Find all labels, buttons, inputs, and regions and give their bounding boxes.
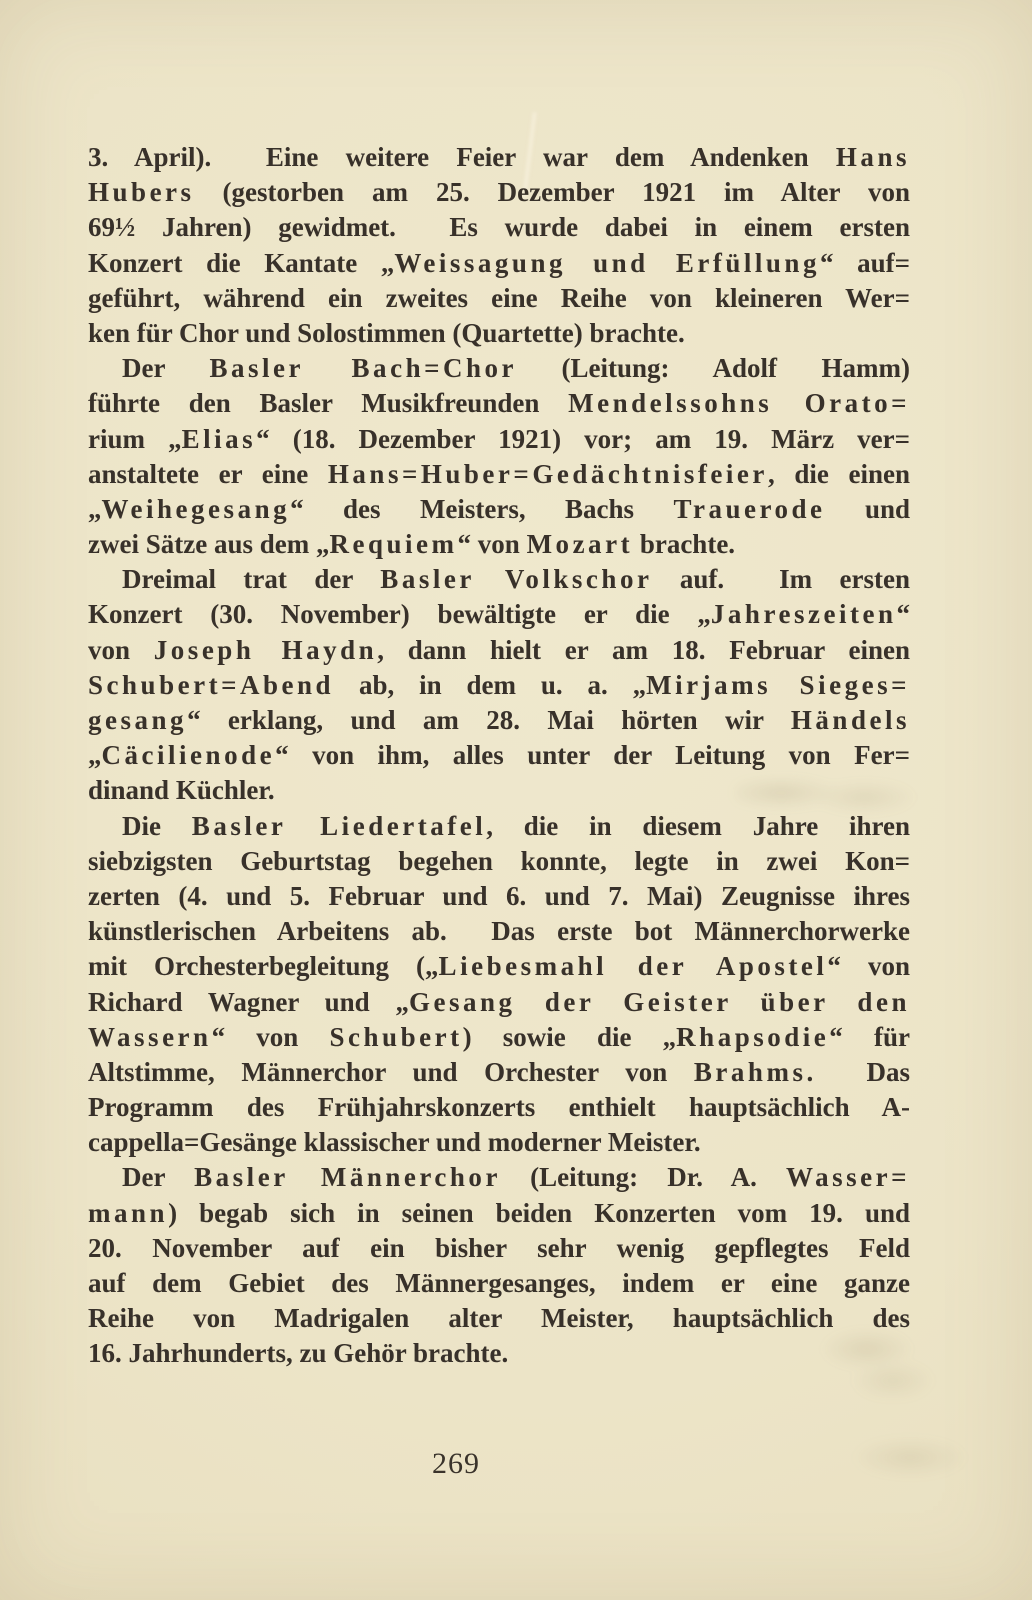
text-line: Die Basler Liedertafel, die in diesem Ja… bbox=[88, 809, 910, 844]
emphasized-text: Hans bbox=[836, 142, 910, 172]
text-block: 3. April). Eine weitere Feier war dem An… bbox=[88, 140, 910, 1372]
text-segment: Reihe von Madrigalen alter Meister, haup… bbox=[88, 1303, 910, 1333]
emphasized-text: Brahms bbox=[694, 1057, 807, 1087]
emphasized-text: Basler Männerchor bbox=[194, 1162, 501, 1192]
text-segment: “ erklang, und am 28. Mai hörten wir bbox=[187, 705, 791, 735]
text-segment: Der bbox=[122, 1162, 194, 1192]
text-segment: “ von bbox=[212, 1022, 330, 1052]
emphasized-text: Requiem bbox=[329, 529, 457, 559]
text-line: Der Basler Männerchor (Leitung: Dr. A. W… bbox=[88, 1160, 910, 1195]
emphasized-text: mann bbox=[88, 1198, 168, 1228]
text-line: rium „Elias“ (18. Dezember 1921) vor; am… bbox=[88, 422, 910, 457]
text-segment: mit Orchesterbegleitung („ bbox=[88, 951, 439, 981]
text-line: geführt, während ein zweites eine Reihe … bbox=[88, 281, 910, 316]
paragraph: Der Basler Bach=Chor (Leitung: Adolf Ham… bbox=[88, 351, 910, 562]
emphasized-text: Joseph Haydn bbox=[154, 635, 377, 665]
text-segment: Programm des Frühjahrskonzerts enthielt … bbox=[88, 1092, 910, 1122]
emphasized-text: Schubert=Abend bbox=[88, 670, 334, 700]
text-line: „Cäcilienode“ von ihm, alles unter der L… bbox=[88, 738, 910, 773]
text-segment: brachte. bbox=[633, 529, 735, 559]
text-line: ken für Chor und Solostimmen (Quartette)… bbox=[88, 316, 910, 351]
text-segment: (Leitung: Adolf Hamm) bbox=[517, 353, 910, 383]
paragraph: Dreimal trat der Basler Volkschor auf. I… bbox=[88, 562, 910, 808]
text-segment: “ von bbox=[458, 529, 527, 559]
text-line: von Joseph Haydn, dann hielt er am 18. F… bbox=[88, 633, 910, 668]
text-segment: auf. Im ersten bbox=[652, 564, 910, 594]
text-line: Altstimme, Männerchor und Orchester von … bbox=[88, 1055, 910, 1090]
text-segment: rium „ bbox=[88, 424, 182, 454]
text-line: Richard Wagner und „Gesang der Geister ü… bbox=[88, 985, 910, 1020]
text-segment: “ für bbox=[829, 1022, 910, 1052]
text-line: Hubers (gestorben am 25. Dezember 1921 i… bbox=[88, 175, 910, 210]
text-segment: zerten (4. und 5. Februar und 6. und 7. … bbox=[88, 881, 910, 911]
text-segment: “ auf= bbox=[820, 248, 910, 278]
text-segment: führte den Basler Musikfreunden bbox=[88, 388, 568, 418]
text-line: 3. April). Eine weitere Feier war dem An… bbox=[88, 140, 910, 175]
emphasized-text: Hans=Huber=Gedächtnisfeier bbox=[328, 459, 768, 489]
text-line: Konzert die Kantate „Weissagung und Erfü… bbox=[88, 246, 910, 281]
paragraph: 3. April). Eine weitere Feier war dem An… bbox=[88, 140, 910, 351]
text-segment: , die einen bbox=[768, 459, 910, 489]
text-segment: ) sowie die „ bbox=[463, 1022, 677, 1052]
text-line: mit Orchesterbegleitung („Liebesmahl der… bbox=[88, 949, 910, 984]
emphasized-text: Rhapsodie bbox=[676, 1022, 829, 1052]
text-segment: “ von bbox=[827, 951, 910, 981]
emphasized-text: Cäcilienode bbox=[102, 740, 276, 770]
emphasized-text: Händels bbox=[791, 705, 910, 735]
emphasized-text: Weihegesang bbox=[102, 494, 291, 524]
emphasized-text: Mendelssohns Orato= bbox=[568, 388, 910, 418]
text-line: Konzert (30. November) bewältigte er die… bbox=[88, 597, 910, 632]
text-segment: anstaltete er eine bbox=[88, 459, 328, 489]
text-line: dinand Küchler. bbox=[88, 773, 910, 808]
text-line: mann) begab sich in seinen beiden Konzer… bbox=[88, 1196, 910, 1231]
text-segment: ken für Chor und Solostimmen (Quartette)… bbox=[88, 318, 685, 348]
text-segment: “ (18. Dezember 1921) vor; am 19. März v… bbox=[256, 424, 910, 454]
text-segment: “ von ihm, alles unter der Leitung von F… bbox=[275, 740, 910, 770]
text-segment: “ bbox=[897, 599, 911, 629]
text-line: zwei Sätze aus dem „Requiem“ von Mozart … bbox=[88, 527, 910, 562]
text-line: anstaltete er eine Hans=Huber=Gedächtnis… bbox=[88, 457, 910, 492]
emphasized-text: Jahreszeiten bbox=[711, 599, 897, 629]
text-segment: dinand Küchler. bbox=[88, 775, 275, 805]
text-line: siebzigsten Geburtstag begehen konnte, l… bbox=[88, 844, 910, 879]
text-segment: Konzert die Kantate „ bbox=[88, 248, 394, 278]
emphasized-text: Basler Liedertafel bbox=[192, 811, 486, 841]
text-line: Reihe von Madrigalen alter Meister, haup… bbox=[88, 1301, 910, 1336]
text-segment: 16. Jahrhunderts, zu Gehör brachte. bbox=[88, 1338, 508, 1368]
text-line: cappella=Gesänge klassischer und moderne… bbox=[88, 1125, 910, 1160]
text-segment: (gestorben am 25. Dezember 1921 im Alter… bbox=[195, 177, 910, 207]
text-segment: künstlerischen Arbeitens ab. Das erste b… bbox=[88, 916, 910, 946]
text-segment: Die bbox=[122, 811, 192, 841]
paragraph: Die Basler Liedertafel, die in diesem Ja… bbox=[88, 809, 910, 1161]
text-segment: 20. November auf ein bisher sehr wenig g… bbox=[88, 1233, 910, 1263]
emphasized-text: Weissagung und Erfüllung bbox=[394, 248, 820, 278]
text-line: 20. November auf ein bisher sehr wenig g… bbox=[88, 1231, 910, 1266]
emphasized-text: Gesang der Geister über den bbox=[409, 987, 910, 1017]
text-segment: Der bbox=[122, 353, 209, 383]
text-segment: Altstimme, Männerchor und Orchester von bbox=[88, 1057, 694, 1087]
emphasized-text: Basler Volkschor bbox=[380, 564, 652, 594]
text-segment: auf dem Gebiet des Männergesanges, indem… bbox=[88, 1268, 910, 1298]
text-line: Schubert=Abend ab, in dem u. a. „Mirjams… bbox=[88, 668, 910, 703]
text-segment: „ bbox=[88, 740, 102, 770]
emphasized-text: Mirjams Sieges= bbox=[646, 670, 910, 700]
paragraph: Der Basler Männerchor (Leitung: Dr. A. W… bbox=[88, 1160, 910, 1371]
text-line: 16. Jahrhunderts, zu Gehör brachte. bbox=[88, 1336, 910, 1371]
text-line: führte den Basler Musikfreunden Mendelss… bbox=[88, 386, 910, 421]
emphasized-text: Mozart bbox=[527, 529, 634, 559]
text-line: zerten (4. und 5. Februar und 6. und 7. … bbox=[88, 879, 910, 914]
page-number: 269 bbox=[0, 1447, 912, 1481]
text-line: Wassern“ von Schubert) sowie die „Rhapso… bbox=[88, 1020, 910, 1055]
emphasized-text: Elias bbox=[182, 424, 257, 454]
text-line: Dreimal trat der Basler Volkschor auf. I… bbox=[88, 562, 910, 597]
text-segment: cappella=Gesänge klassischer und moderne… bbox=[88, 1127, 701, 1157]
text-segment: und bbox=[826, 494, 910, 524]
emphasized-text: Wassern bbox=[88, 1022, 212, 1052]
text-line: Der Basler Bach=Chor (Leitung: Adolf Ham… bbox=[88, 351, 910, 386]
emphasized-text: Liebesmahl der Apostel bbox=[439, 951, 828, 981]
book-page: 3. April). Eine weitere Feier war dem An… bbox=[0, 0, 1032, 1600]
text-segment: 69½ Jahren) gewidmet. Es wurde dabei in … bbox=[88, 212, 910, 242]
text-segment: (Leitung: Dr. A. bbox=[501, 1162, 786, 1192]
text-segment: „ bbox=[88, 494, 102, 524]
text-line: gesang“ erklang, und am 28. Mai hörten w… bbox=[88, 703, 910, 738]
text-segment: siebzigsten Geburtstag begehen konnte, l… bbox=[88, 846, 910, 876]
text-line: künstlerischen Arbeitens ab. Das erste b… bbox=[88, 914, 910, 949]
text-segment: , dann hielt er am 18. Februar einen bbox=[377, 635, 910, 665]
text-line: „Weihegesang“ des Meisters, Bachs Trauer… bbox=[88, 492, 910, 527]
emphasized-text: Basler Bach=Chor bbox=[209, 353, 517, 383]
text-segment: von bbox=[88, 635, 154, 665]
text-segment: zwei Sätze aus dem „ bbox=[88, 529, 329, 559]
text-segment: ab, in dem u. a. „ bbox=[334, 670, 646, 700]
text-segment: Richard Wagner und „ bbox=[88, 987, 409, 1017]
text-line: auf dem Gebiet des Männergesanges, indem… bbox=[88, 1266, 910, 1301]
text-segment: “ des Meisters, Bachs bbox=[290, 494, 673, 524]
emphasized-text: Trauerode bbox=[673, 494, 825, 524]
text-segment: 3. April). Eine weitere Feier war dem An… bbox=[88, 142, 836, 172]
emphasized-text: Schubert bbox=[330, 1022, 463, 1052]
text-segment: geführt, während ein zweites eine Reihe … bbox=[88, 283, 910, 313]
text-segment: . Das bbox=[806, 1057, 910, 1087]
emphasized-text: Wasser= bbox=[786, 1162, 910, 1192]
text-line: 69½ Jahren) gewidmet. Es wurde dabei in … bbox=[88, 210, 910, 245]
text-line: Programm des Frühjahrskonzerts enthielt … bbox=[88, 1090, 910, 1125]
text-segment: Dreimal trat der bbox=[122, 564, 380, 594]
emphasized-text: gesang bbox=[88, 705, 187, 735]
text-segment: Konzert (30. November) bewältigte er die… bbox=[88, 599, 711, 629]
emphasized-text: Hubers bbox=[88, 177, 195, 207]
text-segment: ) begab sich in seinen beiden Konzerten … bbox=[168, 1198, 910, 1228]
text-segment: , die in diesem Jahre ihren bbox=[486, 811, 910, 841]
